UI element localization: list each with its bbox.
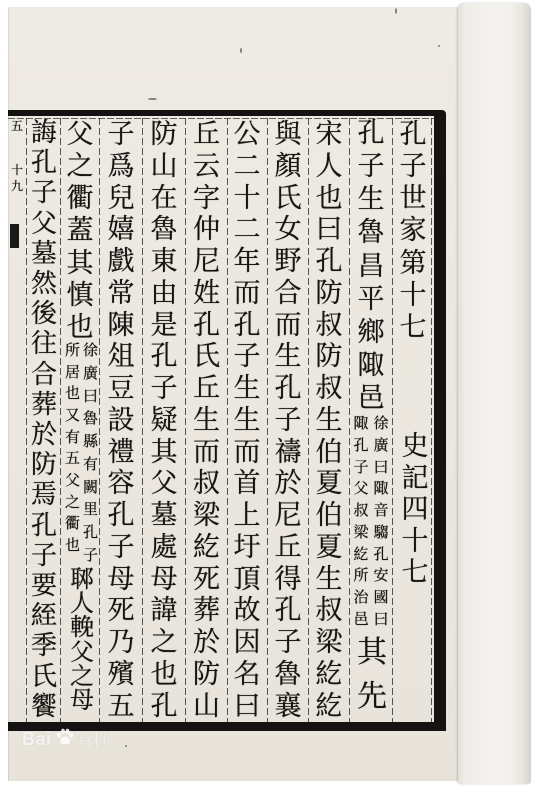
text-column-2-continuation: 其先 [353,638,391,712]
text-column-4: 與顏氏女野合而生孔子禱於尼丘得孔子魯襄 [269,121,307,720]
glyph: 得 [275,566,302,593]
glyph: 山 [151,153,178,180]
glyph: 廣 [83,366,98,381]
glyph: 子 [108,534,135,561]
glyph: 安 [373,568,388,583]
glyph: 氏 [31,664,57,690]
glyph: 子 [151,375,178,402]
glyph: 生 [275,343,302,370]
glyph: 子 [108,121,135,148]
glyph: 魯 [151,216,178,243]
glyph: 野 [275,248,302,275]
glyph: 國 [373,590,388,605]
glyph: 諱 [151,597,178,624]
glyph: 年 [234,248,261,275]
glyph: 防 [316,343,343,370]
glyph: 鄉 [358,319,385,346]
glyph: 之 [70,664,94,688]
margin-top-text: 五 [10,120,24,134]
column-rule [99,118,100,722]
glyph: 孔 [193,312,220,339]
glyph: 誨 [31,120,57,146]
glyph: 防 [316,280,343,307]
text-column-5: 公二十二年而孔子生生而首上圩頂故因名曰 [228,121,266,720]
glyph: 是 [151,312,178,339]
glyph: 子 [275,629,302,656]
glyph: 梁 [193,502,220,529]
glyph: 焉 [31,482,57,508]
glyph: 曰 [316,216,343,243]
glyph: 孔 [151,343,178,370]
glyph: 梁 [316,629,343,656]
glyph: 防 [31,452,57,478]
glyph: 孔 [275,375,302,402]
glyph: 曰 [373,460,388,475]
glyph: 所 [65,343,80,358]
glyph: 禮 [108,439,135,466]
glyph: 孔 [108,502,135,529]
glyph: 乃 [108,629,135,656]
glyph: 平 [358,286,385,313]
glyph: 子 [31,180,57,206]
glyph: 五 [11,120,23,132]
glyph: 五 [65,451,80,466]
glyph: 母 [108,566,135,593]
watermark-brand: Bai [22,729,52,750]
glyph: 生 [316,566,343,593]
glyph: 紇 [316,661,343,688]
glyph: 俎 [108,343,135,370]
glyph: 季 [31,633,57,659]
glyph: 豆 [108,375,135,402]
glyph: 紇 [316,693,343,720]
glyph: 紇 [193,534,220,561]
glyph: 十 [234,185,261,212]
glyph: 與 [275,121,302,148]
glyph: 殯 [108,661,135,688]
glyph: 曰 [373,612,388,627]
glyph: 子 [83,548,98,563]
glyph: 闕 [83,480,98,495]
glyph: 孔 [234,312,261,339]
glyph: 孔 [151,693,178,720]
glyph: 輓 [70,615,94,639]
glyph: 處 [151,534,178,561]
glyph: 七 [402,559,429,586]
glyph: 姓 [193,280,220,307]
glyph: 葬 [31,392,57,418]
glyph: 而 [234,280,261,307]
glyph: 叔 [316,312,343,339]
glyph: 也 [316,185,343,212]
column-rule [308,118,309,722]
glyph: 女 [275,216,302,243]
glyph: 母 [151,566,178,593]
ink-speck [438,45,440,47]
glyph: 父 [65,473,80,488]
glyph: 字 [193,185,220,212]
text-column-9-note-right: 徐廣曰魯縣有闕里孔子 [82,343,99,563]
column-rule [142,118,143,722]
text-column-9-note-left: 所居也又有五父之衢也 [64,343,81,553]
glyph: 史 [402,433,429,460]
rolled-next-page [458,3,531,784]
glyph: 孔 [275,597,302,624]
glyph: 丘 [275,534,302,561]
glyph: 曰 [83,389,98,404]
glyph: 子 [31,543,57,569]
glyph: 十 [11,164,23,176]
glyph: 父 [353,481,368,496]
glyph: 十 [402,528,429,555]
glyph: 魯 [275,661,302,688]
glyph: 里 [83,502,98,517]
glyph: 紇 [353,547,368,562]
glyph: 首 [234,470,261,497]
glyph: 邑 [353,612,368,627]
frame-top-border [8,110,444,116]
glyph: 葬 [193,597,220,624]
glyph: 子 [275,407,302,434]
glyph: 往 [31,331,57,357]
glyph: 其 [357,638,387,668]
text-column-3: 宋人也曰孔防叔防叔生伯夏伯夏生叔梁紇紇 [310,121,348,720]
glyph: 其 [67,250,94,277]
glyph: 叔 [316,375,343,402]
glyph: 陬 [353,416,368,431]
glyph: 徐 [373,416,388,431]
glyph: 騶 [373,525,388,540]
glyph: 七 [400,314,427,341]
glyph: 兒 [108,185,135,212]
text-column-2-note-right: 徐廣曰陬音騶孔安國曰 [372,416,390,627]
glyph: 之 [65,495,80,510]
glyph: 子 [358,153,385,180]
column-rule [185,118,186,722]
glyph: 顏 [275,153,302,180]
glyph: 絰 [31,603,57,629]
text-column-9-main: 父之衢蓋其慎也 [62,121,98,341]
glyph: 疑 [151,407,178,434]
glyph: 防 [193,661,220,688]
watermark-suffix: 百科 [78,729,108,750]
glyph: 父 [151,470,178,497]
glyph: 饗 [31,694,57,720]
frame-right-border [434,110,446,731]
glyph: 頂 [234,566,261,593]
glyph: 子 [400,153,427,180]
glyph: 人 [70,591,94,615]
glyph: 伯 [316,502,343,529]
glyph: 二 [234,216,261,243]
watermark: Bai 百科 [22,729,108,749]
glyph: 昌 [358,253,385,280]
glyph: 尼 [275,502,302,529]
glyph: 縣 [83,434,98,449]
column-rule [392,118,393,722]
glyph: 尼 [193,248,220,275]
glyph: 魯 [358,219,385,246]
glyph: 父 [31,211,57,237]
column-rule [349,118,350,722]
glyph: 九 [11,180,23,192]
glyph: 而 [193,439,220,466]
ink-speck [125,745,127,747]
glyph: 在 [151,185,178,212]
glyph: 伯 [316,439,343,466]
glyph: 由 [151,280,178,307]
glyph: 梁 [353,525,368,540]
glyph: 陳 [108,312,135,339]
text-column-10: 誨孔子父墓然後往合葬於防焉孔子要絰季氏饗 [28,120,60,720]
glyph: 氏 [275,185,302,212]
glyph: 容 [108,470,135,497]
glyph: 孔 [353,438,368,453]
glyph: 仲 [193,216,220,243]
glyph: 於 [275,470,302,497]
glyph: 慎 [67,282,94,309]
glyph: 五 [108,693,135,720]
glyph: 邑 [358,385,385,412]
glyph: 衢 [65,516,80,531]
glyph: 之 [67,153,94,180]
margin-page-number: 十九 [10,164,24,192]
glyph: 墓 [151,502,178,529]
ink-speck [395,8,397,14]
glyph: 爲 [108,153,135,180]
glyph: 夏 [316,534,343,561]
glyph: 孔 [373,547,388,562]
glyph: 人 [316,153,343,180]
glyph: 有 [83,457,98,472]
glyph: 戲 [108,248,135,275]
glyph: 陬 [373,481,388,496]
glyph: 合 [275,280,302,307]
glyph: 子 [353,460,368,475]
glyph: 也 [65,386,80,401]
glyph: 第 [400,250,427,277]
glyph: 上 [234,502,261,529]
glyph: 曰 [234,693,261,720]
column-rule [60,118,61,722]
glyph: 襄 [275,693,302,720]
glyph: 孔 [83,525,98,540]
glyph: 音 [373,503,388,518]
glyph: 生 [193,407,220,434]
glyph: 父 [67,121,94,148]
glyph: 也 [67,314,94,341]
glyph: 生 [234,407,261,434]
glyph: 十 [400,282,427,309]
glyph: 世 [400,185,427,212]
glyph: 記 [402,465,429,492]
glyph: 宋 [316,121,343,148]
glyph: 圩 [234,534,261,561]
glyph: 叔 [353,503,368,518]
glyph: 子 [234,343,261,370]
glyph: 父 [70,640,94,664]
glyph: 防 [151,121,178,148]
glyph: 家 [400,217,427,244]
glyph: 二 [234,153,261,180]
ink-speck [148,98,157,100]
glyph: 叔 [316,597,343,624]
glyph: 孔 [358,120,385,147]
glyph: 夏 [316,470,343,497]
glyph: 丘 [193,121,220,148]
glyph: 氏 [193,343,220,370]
glyph: 孔 [31,513,57,539]
glyph: 孔 [400,121,427,148]
glyph: 徐 [83,343,98,358]
glyph: 之 [151,629,178,656]
glyph: 然 [31,271,57,297]
glyph: 墓 [31,241,57,267]
glyph: 生 [234,375,261,402]
glyph: 因 [234,629,261,656]
column-rule [26,118,27,722]
glyph: 禱 [275,439,302,466]
glyph: 治 [353,590,368,605]
fishtail-mark [10,224,19,248]
glyph: 云 [193,153,220,180]
text-column-7: 防山在魯東由是孔子疑其父墓處母諱之也孔 [144,121,184,720]
glyph: 而 [234,439,261,466]
glyph: 生 [316,407,343,434]
glyph: 叔 [193,470,220,497]
text-column-6: 丘云字仲尼姓孔氏丘生而叔梁紇死葬於防山 [187,121,226,720]
glyph: 其 [151,439,178,466]
paw-icon [55,728,75,750]
glyph: 陬 [358,352,385,379]
text-column-9-continuation: 郰人輓父之母 [66,567,98,712]
glyph: 所 [353,568,368,583]
volume-label: 史記四十七 [398,433,432,586]
glyph: 生 [358,186,385,213]
chapter-title: 孔子世家第十七 [396,121,430,341]
glyph: 於 [193,629,220,656]
glyph: 也 [151,661,178,688]
glyph: 蓋 [67,217,94,244]
glyph: 死 [193,566,220,593]
glyph: 名 [234,661,261,688]
glyph: 後 [31,301,57,327]
ink-speck [240,48,242,53]
glyph: 孔 [316,248,343,275]
glyph: 孔 [31,150,57,176]
glyph: 山 [193,693,220,720]
glyph: 而 [275,312,302,339]
glyph: 嬉 [108,216,135,243]
glyph: 四 [402,496,429,523]
glyph: 丘 [193,375,220,402]
glyph: 又 [65,408,80,423]
glyph: 母 [70,688,94,712]
glyph: 郰 [70,567,94,591]
glyph: 衢 [67,185,94,212]
glyph: 廣 [373,438,388,453]
glyph: 居 [65,365,80,380]
glyph: 死 [108,597,135,624]
glyph: 故 [234,597,261,624]
glyph: 魯 [83,411,98,426]
text-column-2-note-left: 陬孔子父叔梁紇所治邑 [352,416,370,627]
text-column-2-main: 孔子生魯昌平鄉陬邑 [352,120,390,412]
text-column-8: 子爲兒嬉戲常陳俎豆設禮容孔子母死乃殯五 [101,121,141,720]
glyph: 設 [108,407,135,434]
glyph: 合 [31,362,57,388]
glyph: 要 [31,573,57,599]
glyph: 也 [65,538,80,553]
glyph: 於 [31,422,57,448]
glyph: 常 [108,280,135,307]
glyph: 有 [65,430,80,445]
column-rule [267,118,268,722]
glyph: 東 [151,248,178,275]
glyph: 先 [357,682,387,712]
column-rule [431,118,432,722]
glyph: 公 [234,121,261,148]
